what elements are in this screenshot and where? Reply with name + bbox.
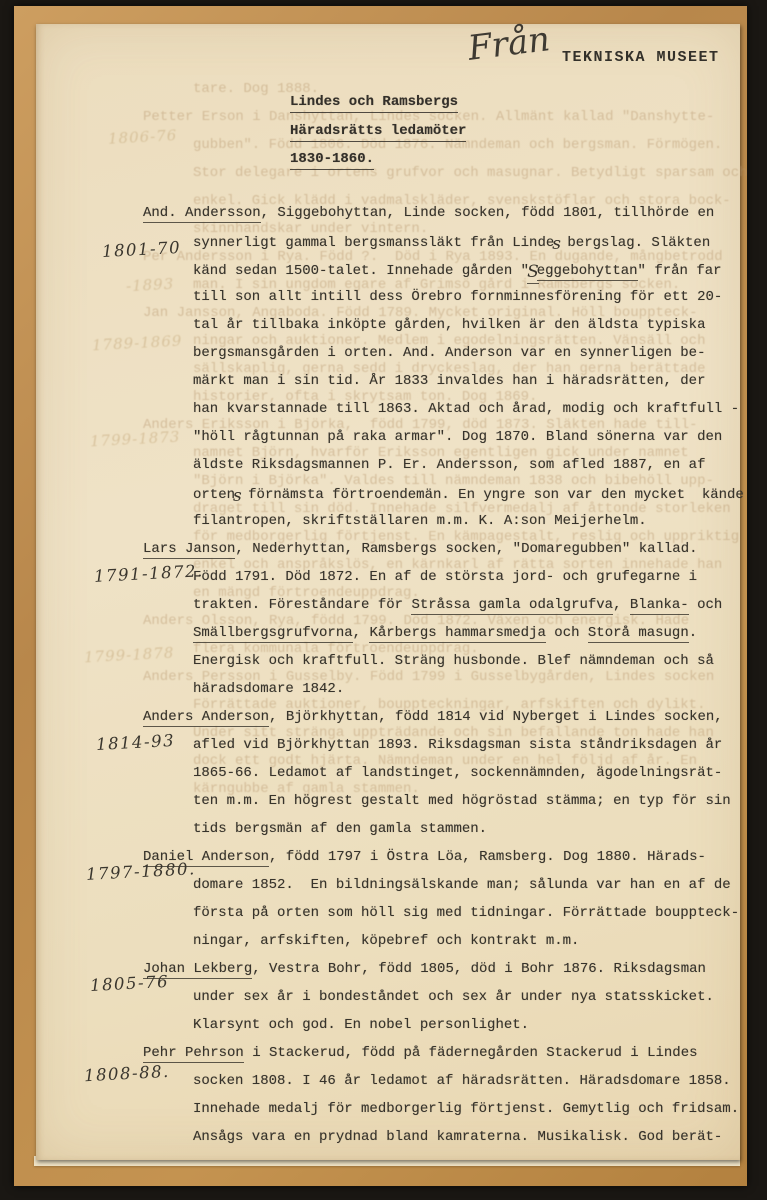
typed-segment: bergsmansgården i orten. And. Anderson v…	[193, 345, 705, 361]
typed-segment: Blanka-	[630, 597, 689, 615]
typed-segment: Energisk och kraftfull. Sträng husbonde.…	[193, 653, 714, 669]
typed-segment: och	[546, 625, 588, 641]
typed-segment: afled vid Björkhyttan 1893. Riksdagsman …	[193, 737, 722, 753]
typed-line: 1865-66. Ledamot af landstinget, sockenn…	[193, 764, 722, 783]
typed-segment: Pehr Pehrson	[143, 1045, 244, 1063]
typed-segment: Storå masugn	[588, 625, 689, 643]
typed-segment: , född 1797 i Östra Löa, Ramsberg. Dog 1…	[269, 849, 706, 865]
typed-segment: Stråssa gamla odalgrufva	[411, 597, 613, 615]
typed-line: Pehr Pehrson i Stackerud, född på fädern…	[143, 1044, 698, 1063]
typed-line: trakten. Föreståndare för Stråssa gamla …	[193, 596, 722, 615]
typed-segment: förnämsta förtroendemän. En yngre son va…	[240, 487, 744, 503]
typed-line: tal år tillbaka inköpte gården, hvilken …	[193, 316, 705, 335]
typed-segment: i Stackerud, född på fädernegården Stack…	[244, 1045, 698, 1061]
typed-line: Energisk och kraftfull. Sträng husbonde.…	[193, 652, 714, 671]
typed-segment: domare 1852. En bildningsälskande man; s…	[193, 877, 731, 893]
typed-segment: under sex år i bondeståndet och sex år u…	[193, 989, 714, 1005]
margin-year-note: 1814-93	[96, 731, 176, 754]
typed-line: Johan Lekberg, Vestra Bohr, född 1805, d…	[143, 960, 706, 979]
typed-segment: synnerligt gammal bergsmanssläkt från Li…	[193, 235, 554, 251]
typed-line: And. Andersson, Siggebohyttan, Linde soc…	[143, 204, 714, 223]
typed-line: till son allt intill dess Örebro fornmin…	[193, 288, 722, 307]
typed-segment: socken 1808. I 46 år ledamot af häradsrä…	[193, 1073, 731, 1089]
typed-segment: filantropen, skriftställaren m.m. K. A:s…	[193, 513, 647, 529]
typed-line: bergsmansgården i orten. And. Anderson v…	[193, 344, 705, 363]
typed-segment: ,	[353, 625, 370, 641]
typed-segment: Född 1791. Död 1872. En af de största jo…	[193, 569, 697, 585]
typed-line: äldste Riksdagsmannen P. Er. Andersson, …	[193, 456, 705, 475]
typed-line: Lars Janson, Nederhyttan, Ramsbergs sock…	[143, 540, 698, 559]
typed-segment: han kvarstannade till 1863. Aktad och år…	[193, 401, 739, 417]
typed-segment: eggebohyttan	[537, 263, 638, 281]
typed-segment: Smällbergsgrufvorna	[193, 625, 353, 643]
typed-line: filantropen, skriftställaren m.m. K. A:s…	[193, 512, 647, 531]
typed-line: han kvarstannade till 1863. Aktad och år…	[193, 400, 739, 419]
handwritten-insert: s	[552, 235, 561, 254]
handwritten-insert: s	[233, 487, 242, 506]
typed-line: afled vid Björkhyttan 1893. Riksdagsman …	[193, 736, 722, 755]
margin-year-note: 1791-1872.	[94, 561, 205, 586]
typed-segment: bergslag. Släkten	[559, 235, 710, 251]
typed-segment: ten m.m. En högrest gestalt med högrösta…	[193, 793, 731, 809]
typed-line: Daniel Anderson, född 1797 i Östra Löa, …	[143, 848, 706, 867]
typed-segment: Klarsynt och god. En nobel personlighet.	[193, 1017, 529, 1033]
typed-segment: Anders Anderson	[143, 709, 269, 727]
typed-segment: .	[689, 625, 697, 641]
typed-line: under sex år i bondeståndet och sex år u…	[193, 988, 714, 1007]
typed-segment: , Vestra Bohr, född 1805, död i Bohr 187…	[252, 961, 706, 977]
typed-line: känd sedan 1500-talet. Innehade gården "…	[193, 260, 722, 281]
typed-body-layer: And. Andersson, Siggebohyttan, Linde soc…	[0, 0, 767, 1200]
typed-segment: , Björkhyttan, född 1814 vid Nyberget i …	[269, 709, 723, 725]
typed-line: domare 1852. En bildningsälskande man; s…	[193, 876, 731, 895]
typed-segment: Innehade medalj för medborgerlig förtjen…	[193, 1101, 739, 1117]
typed-segment: " från far	[638, 263, 722, 279]
typed-line: ortens förnämsta förtroendemän. En yngre…	[193, 484, 744, 505]
typed-segment: tal år tillbaka inköpte gården, hvilken …	[193, 317, 705, 333]
handwritten-insert: S	[527, 263, 539, 284]
typed-line: märkt man i sin tid. År 1833 invaldes ha…	[193, 372, 705, 391]
typed-segment: "höll rågtunnan på raka armar". Dog 1870…	[193, 429, 722, 445]
typed-line: Klarsynt och god. En nobel personlighet.	[193, 1016, 529, 1035]
typed-line: Ansågs vara en prydnad bland kamraterna.…	[193, 1128, 722, 1147]
typed-line: synnerligt gammal bergsmanssläkt från Li…	[193, 232, 710, 253]
typed-segment: märkt man i sin tid. År 1833 invaldes ha…	[193, 373, 705, 389]
typed-line: tids bergsmän af den gamla stammen.	[193, 820, 487, 839]
typed-segment: Ansågs vara en prydnad bland kamraterna.…	[193, 1129, 722, 1145]
typed-line: Född 1791. Död 1872. En af de största jo…	[193, 568, 697, 587]
typed-segment: första på orten som höll sig med tidning…	[193, 905, 739, 921]
typed-segment: orten	[193, 487, 235, 503]
typed-segment: ,	[613, 597, 630, 613]
typed-line: "höll rågtunnan på raka armar". Dog 1870…	[193, 428, 722, 447]
margin-year-note: 1801-70	[102, 238, 182, 261]
typed-line: Innehade medalj för medborgerlig förtjen…	[193, 1100, 739, 1119]
typed-line: häradsdomare 1842.	[193, 680, 344, 699]
typed-segment: till son allt intill dess Örebro fornmin…	[193, 289, 722, 305]
typed-line: första på orten som höll sig med tidning…	[193, 904, 739, 923]
typed-line: ten m.m. En högrest gestalt med högrösta…	[193, 792, 731, 811]
typed-line: socken 1808. I 46 år ledamot af häradsrä…	[193, 1072, 731, 1091]
typed-segment: tids bergsmän af den gamla stammen.	[193, 821, 487, 837]
typed-segment: häradsdomare 1842.	[193, 681, 344, 697]
typed-segment: , Nederhyttan, Ramsbergs socken, "Domare…	[235, 541, 697, 557]
typed-line: Anders Anderson, Björkhyttan, född 1814 …	[143, 708, 723, 727]
typed-segment: äldste Riksdagsmannen P. Er. Andersson, …	[193, 457, 705, 473]
typed-line: Smällbergsgrufvorna, Kårbergs hammarsmed…	[193, 624, 697, 643]
typed-line: ningar, arfskiften, köpebref och kontrak…	[193, 932, 579, 951]
typed-segment: And. Andersson	[143, 205, 261, 223]
typed-segment: trakten. Föreståndare för	[193, 597, 411, 613]
scanner-background: tare. Dog 1888.Petter Erson i Danshyttan…	[0, 0, 767, 1200]
typed-segment: , Siggebohyttan, Linde socken, född 1801…	[261, 205, 715, 221]
typed-segment: Kårbergs hammarsmedja	[369, 625, 545, 643]
typed-segment: Lars Janson	[143, 541, 235, 559]
typed-segment: känd sedan 1500-talet. Innehade gården "	[193, 263, 529, 279]
margin-year-note: 1808-88.	[84, 1062, 171, 1085]
typed-segment: och	[689, 597, 723, 613]
margin-year-note: 1797-1880.	[86, 859, 197, 884]
typed-segment: 1865-66. Ledamot af landstinget, sockenn…	[193, 765, 722, 781]
margin-year-note: 1805-76	[90, 972, 170, 995]
typed-segment: ningar, arfskiften, köpebref och kontrak…	[193, 933, 579, 949]
